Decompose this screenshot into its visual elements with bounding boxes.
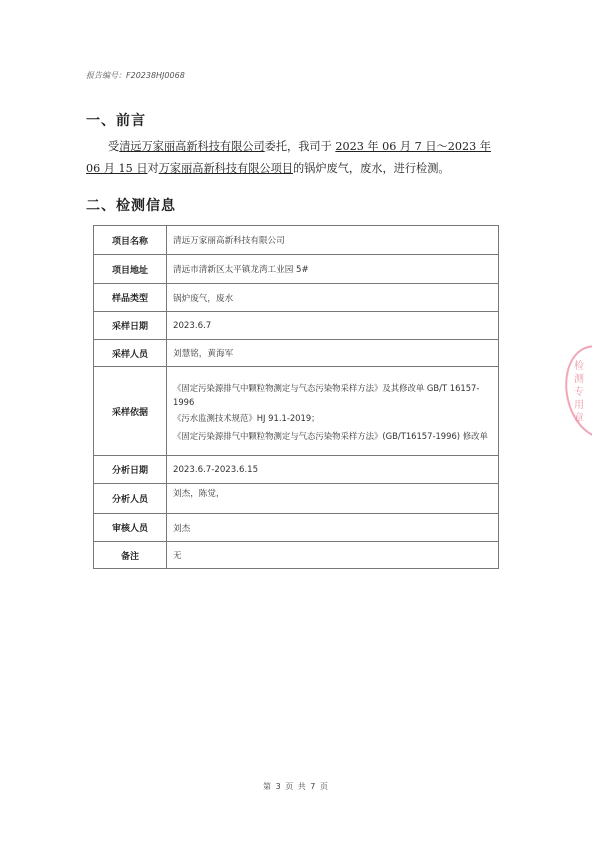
table-row: 采样人员 刘慧铭，黄海军 [94, 340, 499, 367]
basis-line: 《固定污染源排气中颗粒物测定与气态污染物采样方法》(GB/T16157-1996… [173, 428, 492, 444]
report-number: 报告编号：F20238HJ0068 [86, 70, 185, 81]
row-value: 2023.6.7-2023.6.15 [167, 456, 499, 484]
row-value: 清远市清新区太平镇龙湾工业园 5# [167, 255, 499, 284]
preface-paragraph: 受清远万家丽高新科技有限公司委托，我司于 2023 年 06 月 7 日～202… [86, 136, 506, 180]
preface-client: 清远万家丽高新科技有限公司 [119, 140, 264, 153]
seal-text: 检测专用章 [574, 360, 588, 425]
row-key: 样品类型 [94, 284, 167, 312]
table-row: 项目地址 清远市清新区太平镇龙湾工业园 5# [94, 255, 499, 284]
row-key: 项目地址 [94, 255, 167, 284]
row-value: 无 [167, 542, 499, 569]
row-key: 项目名称 [94, 226, 167, 255]
row-key: 备注 [94, 542, 167, 569]
table-row: 采样日期 2023.6.7 [94, 312, 499, 340]
preface-suffix: 的锅炉废气，废水，进行检测。 [293, 162, 450, 175]
row-value: 刘杰，陈觉， [167, 484, 499, 514]
table-row: 分析人员 刘杰，陈觉， [94, 484, 499, 514]
basis-line: 《污水监测技术规范》HJ 91.1-2019； [173, 409, 492, 428]
table-row: 采样依据 《固定污染源排气中颗粒物测定与气态污染物采样方法》及其修改单 GB/T… [94, 367, 499, 456]
row-key: 采样依据 [94, 367, 167, 456]
preface-date-end: 06 月 15 日 [86, 162, 148, 175]
preface-prefix: 受 [108, 140, 119, 153]
row-value: 清远万家丽高新科技有限公司 [167, 226, 499, 255]
table-row: 项目名称 清远万家丽高新科技有限公司 [94, 226, 499, 255]
row-value: 2023.6.7 [167, 312, 499, 340]
table-row: 备注 无 [94, 542, 499, 569]
table-row: 分析日期 2023.6.7-2023.6.15 [94, 456, 499, 484]
row-key: 分析人员 [94, 484, 167, 514]
preface-date-start: 2023 年 06 月 7 日～2023 年 [335, 140, 491, 153]
row-key: 审核人员 [94, 514, 167, 542]
preface-project: 万家丽高新科技有限公项目 [159, 162, 293, 175]
section-title-info: 二、检测信息 [86, 195, 176, 215]
preface-mid2: 对 [148, 162, 159, 175]
row-key: 采样日期 [94, 312, 167, 340]
page-number: 第 3 页 共 7 页 [0, 781, 592, 792]
detection-info-table: 项目名称 清远万家丽高新科技有限公司 项目地址 清远市清新区太平镇龙湾工业园 5… [93, 225, 499, 569]
table-row: 样品类型 锅炉废气，废水 [94, 284, 499, 312]
row-value: 刘慧铭，黄海军 [167, 340, 499, 367]
row-value-basis: 《固定污染源排气中颗粒物测定与气态污染物采样方法》及其修改单 GB/T 1615… [167, 367, 499, 456]
preface-mid1: 委托，我司于 [265, 140, 332, 153]
row-key: 分析日期 [94, 456, 167, 484]
section-title-preface: 一、前言 [86, 110, 146, 130]
basis-line: 《固定污染源排气中颗粒物测定与气态污染物采样方法》及其修改单 GB/T 1615… [173, 379, 492, 409]
table-row: 审核人员 刘杰 [94, 514, 499, 542]
row-value: 锅炉废气，废水 [167, 284, 499, 312]
row-key: 采样人员 [94, 340, 167, 367]
row-value: 刘杰 [167, 514, 499, 542]
